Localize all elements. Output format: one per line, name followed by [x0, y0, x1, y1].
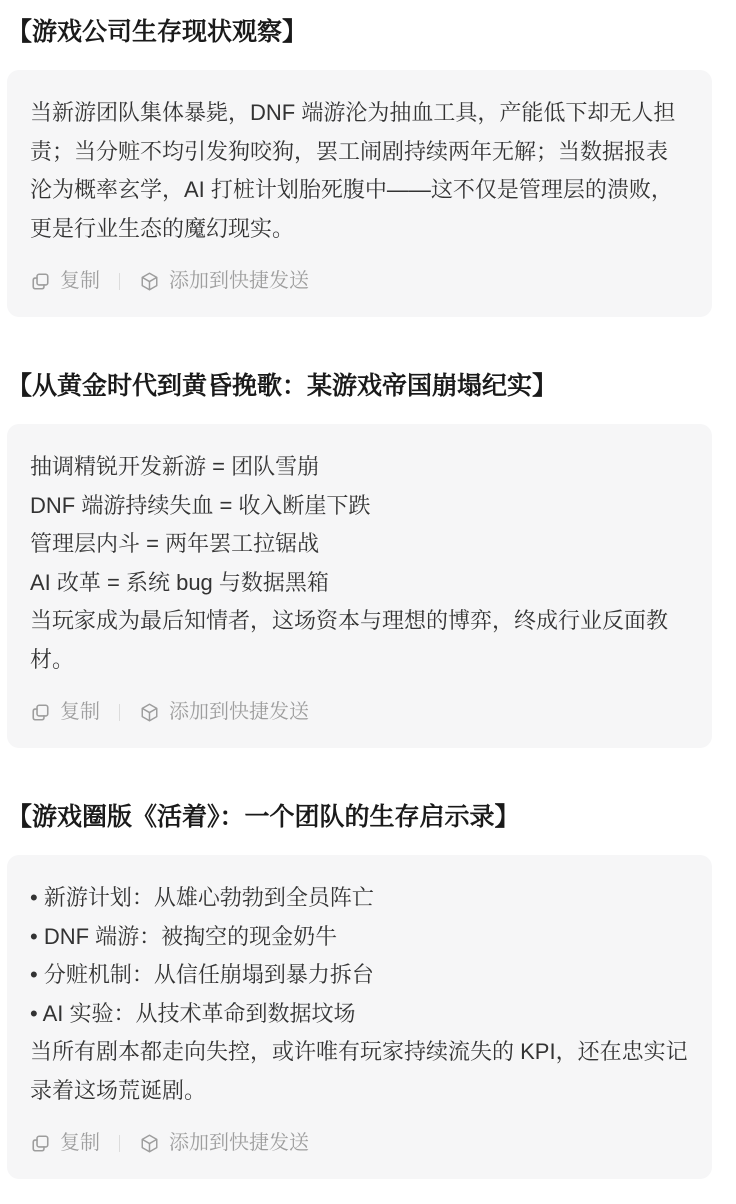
text-line: • AI 实验：从技术革命到数据坟场 [30, 995, 688, 1034]
text-line: • 分赃机制：从信任崩塌到暴力拆台 [30, 956, 688, 995]
package-cube-icon [139, 702, 160, 723]
add-to-quick-send-label: 添加到快捷发送 [169, 1129, 309, 1157]
package-cube-icon [139, 271, 160, 292]
result-card: 抽调精锐开发新游 = 团队雪崩DNF 端游持续失血 = 收入断崖下跌管理层内斗 … [7, 424, 712, 748]
text-line: • 新游计划：从雄心勃勃到全员阵亡 [30, 879, 688, 918]
text-line: 当所有剧本都走向失控，或许唯有玩家持续流失的 KPI，还在忠实记录着这场荒诞剧。 [30, 1033, 688, 1110]
card-actions: 复制 添加到快捷发送 [30, 1129, 688, 1157]
action-divider [119, 1135, 120, 1152]
action-divider [119, 273, 120, 290]
add-to-quick-send-label: 添加到快捷发送 [169, 267, 309, 295]
copy-button[interactable]: 复制 [30, 267, 100, 295]
card-actions: 复制 添加到快捷发送 [30, 267, 688, 295]
result-card: • 新游计划：从雄心勃勃到全员阵亡• DNF 端游：被掏空的现金奶牛• 分赃机制… [7, 855, 712, 1179]
action-divider [119, 704, 120, 721]
generated-results-page: 【游戏公司生存现状观察】 当新游团队集体暴毙，DNF 端游沦为抽血工具，产能低下… [0, 0, 736, 1201]
add-to-quick-send-label: 添加到快捷发送 [169, 698, 309, 726]
text-line: 当玩家成为最后知情者，这场资本与理想的博弈，终成行业反面教材。 [30, 602, 688, 679]
result-text: • 新游计划：从雄心勃勃到全员阵亡• DNF 端游：被掏空的现金奶牛• 分赃机制… [30, 879, 688, 1110]
section-title: 【游戏公司生存现状观察】 [7, 15, 712, 50]
copy-icon [30, 271, 51, 292]
text-line: 抽调精锐开发新游 = 团队雪崩 [30, 448, 688, 487]
copy-icon [30, 1133, 51, 1154]
section-title: 【游戏圈版《活着》：一个团队的生存启示录】 [7, 800, 712, 835]
copy-icon [30, 702, 51, 723]
add-to-quick-send-button[interactable]: 添加到快捷发送 [139, 1129, 309, 1157]
result-card: 当新游团队集体暴毙，DNF 端游沦为抽血工具，产能低下却无人担责；当分赃不均引发… [7, 70, 712, 317]
copy-label: 复制 [60, 698, 100, 726]
copy-label: 复制 [60, 1129, 100, 1157]
add-to-quick-send-button[interactable]: 添加到快捷发送 [139, 698, 309, 726]
result-section: 【从黄金时代到黄昏挽歌：某游戏帝国崩塌纪实】 抽调精锐开发新游 = 团队雪崩DN… [7, 369, 712, 748]
section-title: 【从黄金时代到黄昏挽歌：某游戏帝国崩塌纪实】 [7, 369, 712, 404]
result-text: 当新游团队集体暴毙，DNF 端游沦为抽血工具，产能低下却无人担责；当分赃不均引发… [30, 94, 688, 248]
text-line: 管理层内斗 = 两年罢工拉锯战 [30, 525, 688, 564]
copy-label: 复制 [60, 267, 100, 295]
text-line: DNF 端游持续失血 = 收入断崖下跌 [30, 487, 688, 526]
package-cube-icon [139, 1133, 160, 1154]
card-actions: 复制 添加到快捷发送 [30, 698, 688, 726]
result-section: 【游戏公司生存现状观察】 当新游团队集体暴毙，DNF 端游沦为抽血工具，产能低下… [7, 15, 712, 317]
copy-button[interactable]: 复制 [30, 698, 100, 726]
add-to-quick-send-button[interactable]: 添加到快捷发送 [139, 267, 309, 295]
text-line: • DNF 端游：被掏空的现金奶牛 [30, 918, 688, 957]
text-line: 当新游团队集体暴毙，DNF 端游沦为抽血工具，产能低下却无人担责；当分赃不均引发… [30, 94, 688, 248]
copy-button[interactable]: 复制 [30, 1129, 100, 1157]
text-line: AI 改革 = 系统 bug 与数据黑箱 [30, 564, 688, 603]
result-section: 【游戏圈版《活着》：一个团队的生存启示录】 • 新游计划：从雄心勃勃到全员阵亡•… [7, 800, 712, 1179]
result-text: 抽调精锐开发新游 = 团队雪崩DNF 端游持续失血 = 收入断崖下跌管理层内斗 … [30, 448, 688, 679]
